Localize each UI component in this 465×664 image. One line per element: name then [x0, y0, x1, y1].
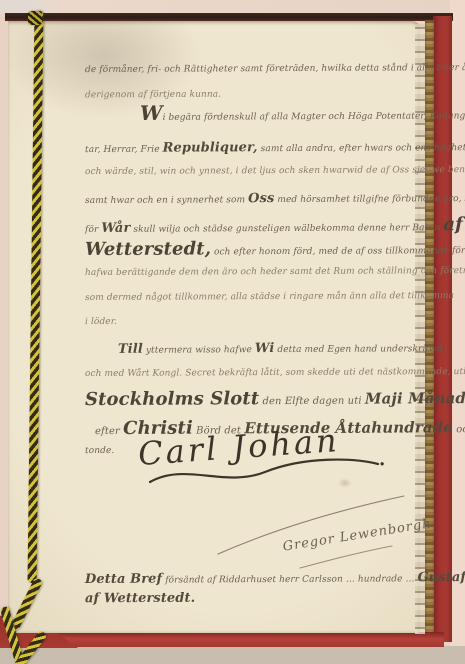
manuscript-line: och med Wårt Kongl. Secret bekräfta låti…: [85, 367, 465, 379]
registration-note: Detta Bref försändt af Riddarhuset herr …: [85, 570, 465, 587]
manuscript-line: tonde.: [85, 446, 114, 456]
ink-stain: [338, 478, 352, 488]
scanner-background-top: [0, 0, 465, 14]
book-cover-top-edge: [5, 13, 453, 21]
manuscript-line: Till yttermera wisso hafwe Wi detta med …: [118, 340, 443, 357]
manuscript-line: samt hwar och en i synnerhet som Oss med…: [85, 190, 465, 207]
signature-period: .: [378, 442, 386, 472]
manuscript-line: för Wår skull wilja och städse gunstelig…: [85, 214, 463, 237]
manuscript-line: som dermed något tillkommer, alla städse…: [85, 291, 454, 303]
scanner-background-bottom: [0, 646, 465, 664]
registration-note: af Wetterstedt.: [85, 591, 195, 607]
red-leather-cover-right: [433, 16, 452, 642]
seal-cord-knot: [28, 11, 42, 25]
manuscript-line: de förmåner, fri- och Rättigheter samt f…: [85, 63, 465, 75]
ornate-initial: W: [140, 101, 163, 125]
manuscript-line: tar, Herrar, Frie Republiquer, samt alla…: [85, 139, 465, 156]
manuscript-line: och wärde, stil, win och ynnest, i det l…: [85, 165, 465, 177]
manuscript-line: Wetterstedt, och efter honom förd, med d…: [85, 237, 465, 260]
manuscript-dateline: Stockholms Slott den Elfte dagen uti Maj…: [85, 387, 465, 410]
manuscript-line: derigenom af förtjena kunna.: [85, 90, 221, 101]
manuscript-line: Wi begära fördenskull af alla Magter och…: [140, 111, 465, 123]
manuscript-line: i löder.: [85, 317, 117, 327]
scanner-background-right: [450, 0, 465, 664]
manuscript-line: hafwa berättigande dem den äro och heder…: [85, 266, 465, 278]
